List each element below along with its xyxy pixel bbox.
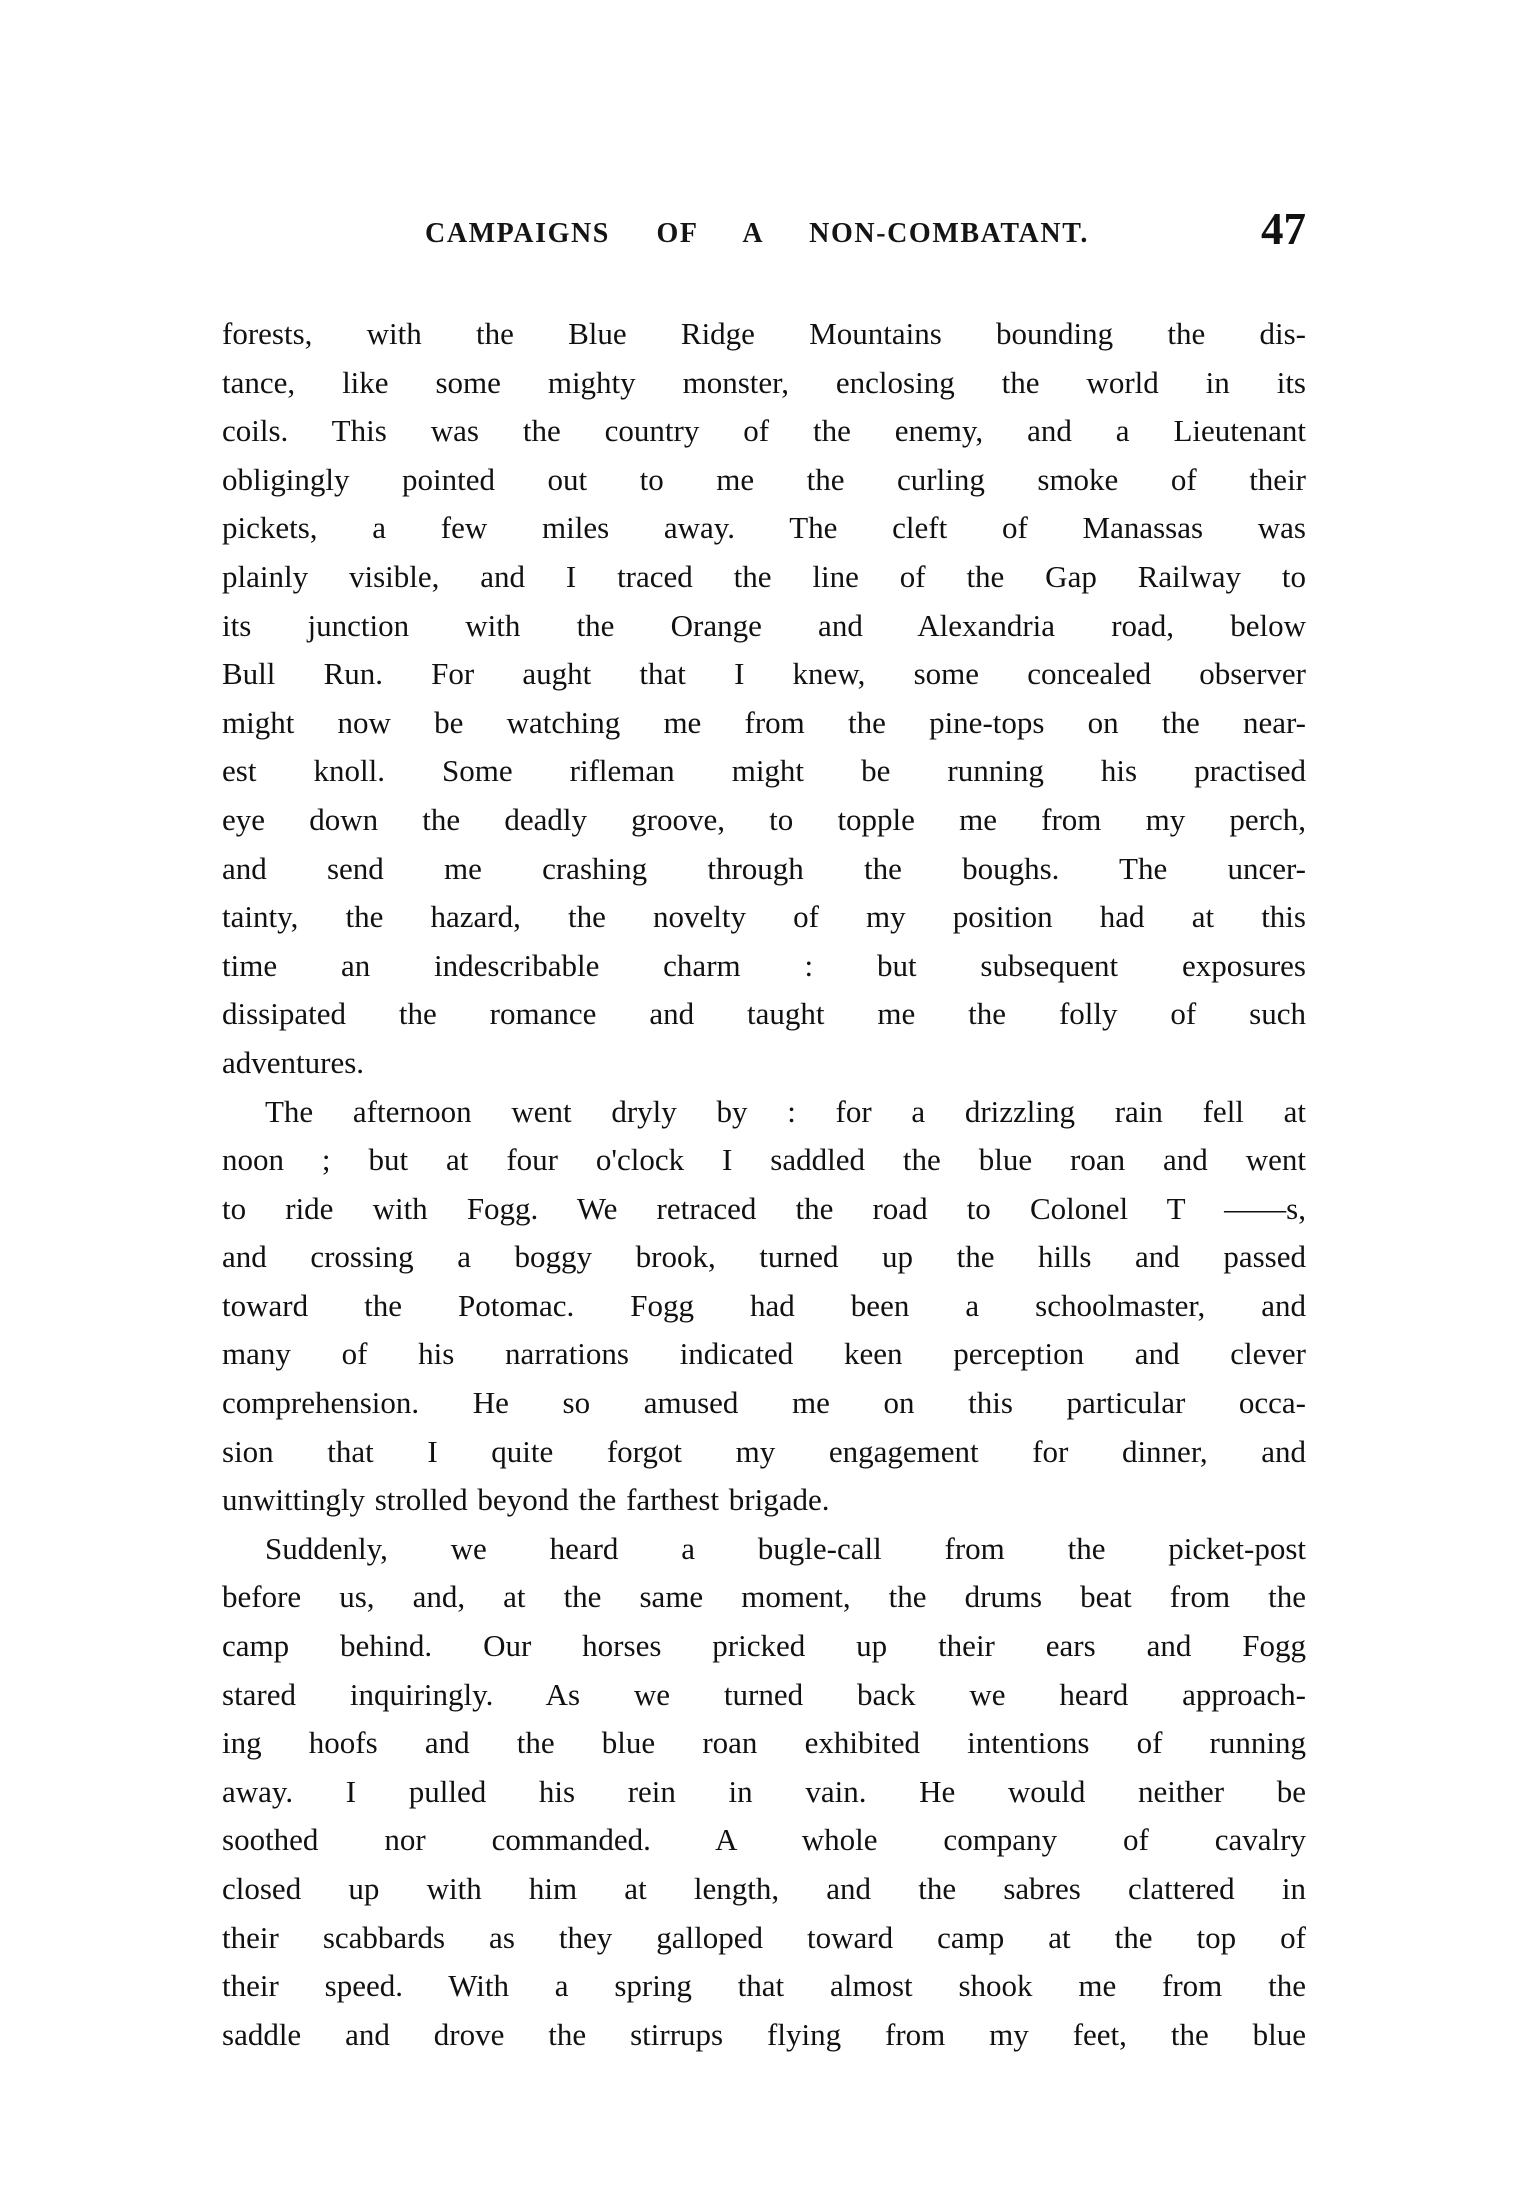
paragraph-3: Suddenly, we heard a bugle-call from the… [222,1525,1306,2060]
text-line: The afternoon went dryly by : for a driz… [222,1088,1306,1137]
text-line: might now be watching me from the pine-t… [222,699,1306,748]
book-page: CAMPAIGNS OF A NON-COMBATANT. 47 forests… [0,0,1526,2188]
text-line: many of his narrations indicated keen pe… [222,1330,1306,1379]
text-line: toward the Potomac. Fogg had been a scho… [222,1282,1306,1331]
text-line: ing hoofs and the blue roan exhibited in… [222,1719,1306,1768]
text-line: dissipated the romance and taught me the… [222,990,1306,1039]
text-line: eye down the deadly groove, to topple me… [222,796,1306,845]
running-head-title: CAMPAIGNS OF A NON-COMBATANT. [425,216,1089,252]
paragraph-1: forests, with the Blue Ridge Mountains b… [222,310,1306,1088]
text-line: pickets, a few miles away. The cleft of … [222,504,1306,553]
text-line: before us, and, at the same moment, the … [222,1573,1306,1622]
text-line: time an indescribable charm : but subseq… [222,942,1306,991]
paragraph-2: The afternoon went dryly by : for a driz… [222,1088,1306,1525]
text-line: est knoll. Some rifleman might be runnin… [222,747,1306,796]
text-line: and send me crashing through the boughs.… [222,845,1306,894]
text-line: obligingly pointed out to me the curling… [222,456,1306,505]
page-number: 47 [1256,204,1306,254]
text-line: Bull Run. For aught that I knew, some co… [222,650,1306,699]
body-text: forests, with the Blue Ridge Mountains b… [222,310,1306,2059]
text-line: saddle and drove the stirrups flying fro… [222,2011,1306,2060]
text-line: away. I pulled his rein in vain. He woul… [222,1768,1306,1817]
text-line: its junction with the Orange and Alexand… [222,602,1306,651]
text-line: to ride with Fogg. We retraced the road … [222,1185,1306,1234]
text-line: their speed. With a spring that almost s… [222,1962,1306,2011]
text-line: stared inquiringly. As we turned back we… [222,1671,1306,1720]
text-line: sion that I quite forgot my engagement f… [222,1428,1306,1477]
text-line: unwittingly strolled beyond the farthest… [222,1476,1306,1525]
text-line: comprehension. He so amused me on this p… [222,1379,1306,1428]
text-line: tance, like some mighty monster, enclosi… [222,359,1306,408]
text-line: adventures. [222,1039,1306,1088]
text-line: forests, with the Blue Ridge Mountains b… [222,310,1306,359]
text-line: soothed nor commanded. A whole company o… [222,1816,1306,1865]
text-line: noon ; but at four o'clock I saddled the… [222,1136,1306,1185]
text-line: closed up with him at length, and the sa… [222,1865,1306,1914]
text-line: Suddenly, we heard a bugle-call from the… [222,1525,1306,1574]
text-line: their scabbards as they galloped toward … [222,1914,1306,1963]
text-line: plainly visible, and I traced the line o… [222,553,1306,602]
text-line: camp behind. Our horses pricked up their… [222,1622,1306,1671]
text-line: coils. This was the country of the enemy… [222,407,1306,456]
text-line: tainty, the hazard, the novelty of my po… [222,893,1306,942]
text-line: and crossing a boggy brook, turned up th… [222,1233,1306,1282]
